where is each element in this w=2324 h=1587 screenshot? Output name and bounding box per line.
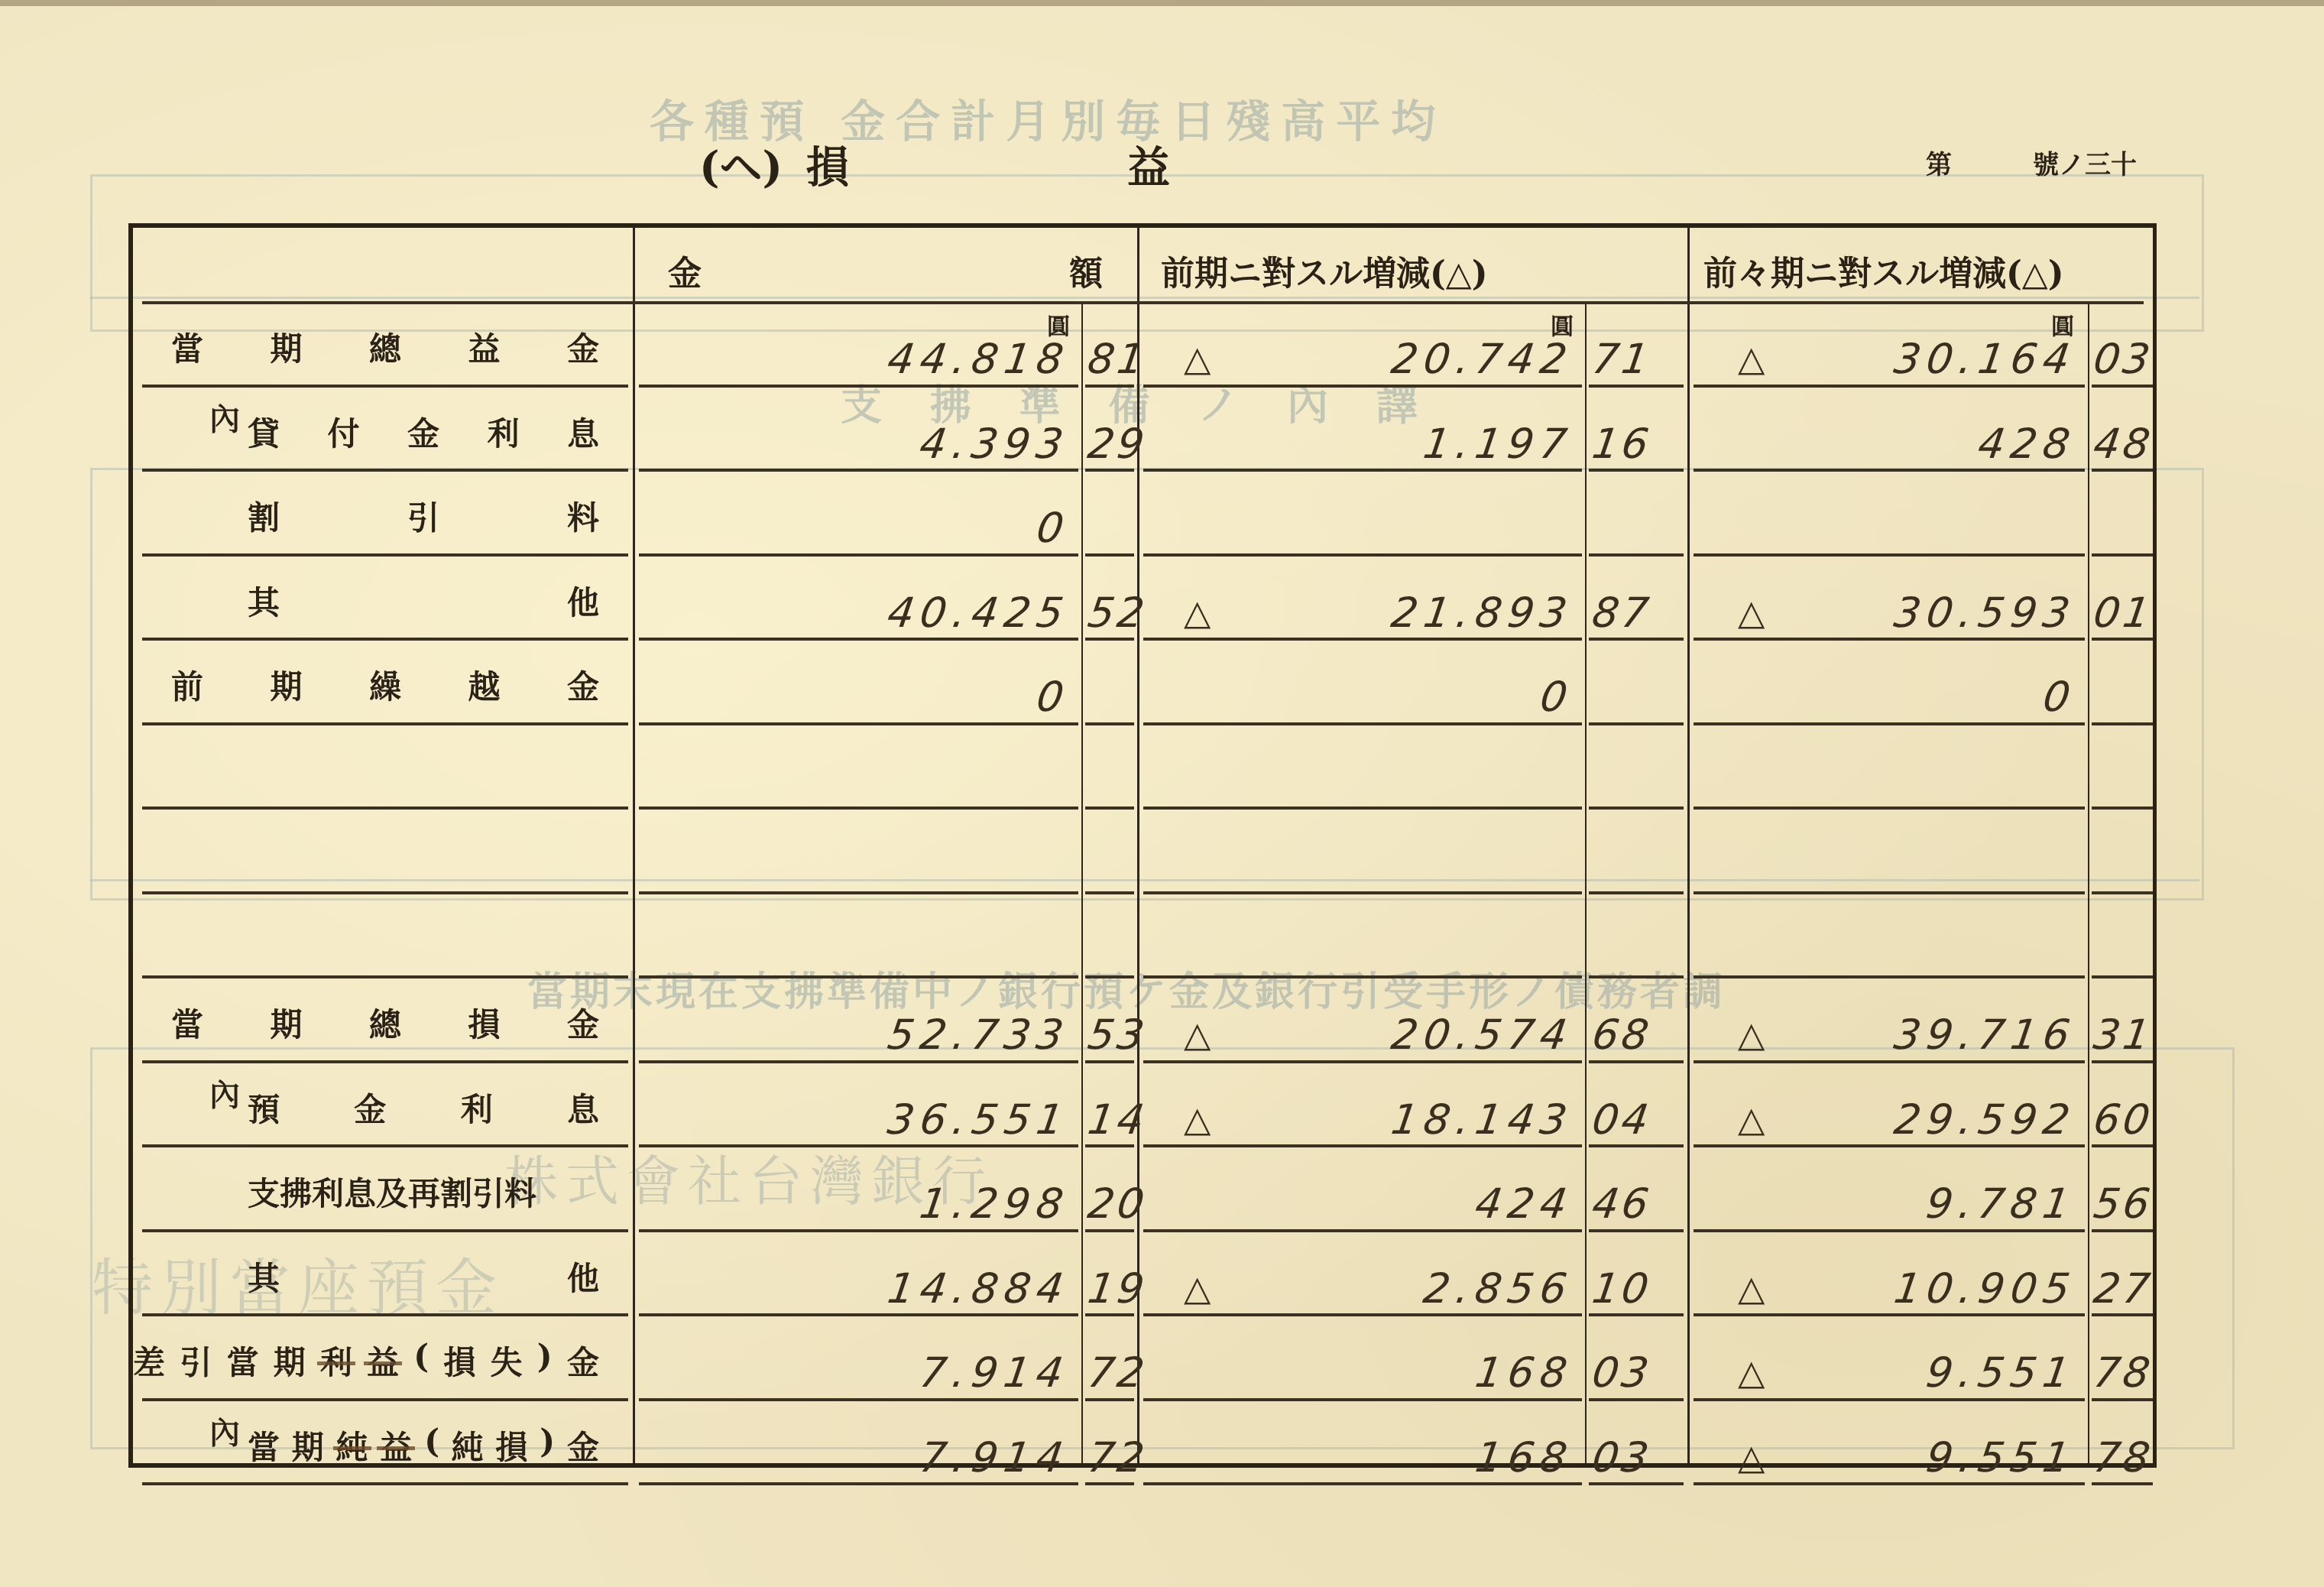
row-rule-prevprev [1694, 1398, 2085, 1401]
row-label-char: 期 [270, 1000, 302, 1046]
row-label: 前期繰越金 [171, 662, 599, 708]
amount-sen: 81 [1085, 335, 1151, 383]
vs-previous-sen: 71 [1590, 335, 1655, 383]
row-label-char: 其 [248, 1254, 280, 1300]
vs-previous-sen: 68 [1590, 1011, 1655, 1059]
amount-yen: 44.818 [885, 335, 1073, 383]
row-rule-label [142, 1060, 628, 1063]
row-label-char: 支拂利息及再割引料 [248, 1169, 536, 1215]
row-label-char: 繰 [369, 662, 401, 708]
row-label: 預金利息 [248, 1085, 599, 1131]
row-rule-label [142, 1229, 628, 1232]
row-rule-prev-sen [1589, 469, 1684, 472]
amount-sen: 53 [1085, 1011, 1151, 1059]
title-loss: 損 [806, 134, 849, 195]
negative-marker: △ [1184, 1099, 1211, 1140]
row-rule-prevprev-sen [2092, 1482, 2153, 1485]
row-rule-prevprev-sen [2092, 553, 2153, 557]
row-rule-prev-sen [1589, 1229, 1684, 1232]
negative-marker: △ [1738, 1099, 1765, 1140]
vs-prev-previous-sen: 56 [2091, 1180, 2157, 1228]
negative-marker: △ [1184, 338, 1211, 379]
row-label: 當期總損金 [171, 1000, 599, 1046]
row-rule-amount-sen [1085, 1398, 1134, 1401]
row-label-char: 當 [226, 1338, 258, 1384]
row-rule-label [142, 1313, 628, 1316]
row-rule-prev [1143, 806, 1582, 810]
form-number: 號ノ三十 [2033, 144, 2137, 181]
row-label: 其他 [248, 1254, 599, 1300]
row-rule-prevprev [1694, 1313, 2085, 1316]
row-rule-label [142, 385, 628, 388]
row-label: 割引料 [248, 493, 599, 539]
row-rule-amount-sen [1085, 1229, 1134, 1232]
row-label-char: 當 [248, 1423, 280, 1469]
vs-previous-yen: 20.574 [1389, 1011, 1577, 1059]
row-rule-label [142, 553, 628, 557]
row-label-char: 金 [567, 1000, 599, 1046]
row-rule-label [142, 722, 628, 725]
row-label-char: 引 [180, 1338, 212, 1384]
row-rule-label [142, 1482, 628, 1485]
row-rule-prev-sen [1589, 553, 1684, 557]
row-rule-prev [1143, 638, 1582, 641]
vs-previous-sen: 87 [1590, 589, 1655, 637]
row-label-char: 他 [567, 578, 599, 624]
vs-prev-previous-sen: 48 [2091, 420, 2157, 468]
row-rule-amount-sen [1085, 1144, 1134, 1147]
row-rule-prev [1143, 1144, 1582, 1147]
row-label-char: 息 [567, 409, 599, 455]
vs-previous-sen: 16 [1590, 420, 1655, 468]
vs-previous-sen: 03 [1590, 1348, 1655, 1397]
row-rule-prevprev-sen [2092, 638, 2153, 641]
page-top-edge [0, 0, 2324, 6]
amount-yen: 36.551 [885, 1095, 1073, 1144]
row-rule-prevprev [1694, 553, 2085, 557]
row-rule-amount [639, 1229, 1078, 1232]
header-amount-right: 額 [1069, 246, 1103, 295]
row-label: 當期純益(純損)金 [248, 1423, 599, 1469]
amount-yen: 14.884 [885, 1264, 1073, 1313]
amount-yen: 40.425 [885, 589, 1073, 637]
vs-prev-previous-sen: 60 [2091, 1095, 2157, 1144]
row-label-char: 利 [487, 409, 519, 455]
row-rule-prev [1143, 891, 1582, 894]
row-label-char: ) [540, 1423, 555, 1469]
amount-sen: 19 [1085, 1264, 1151, 1313]
row-label-char: 損 [468, 1000, 500, 1046]
row-rule-prev-sen [1589, 1144, 1684, 1147]
vs-prev-previous-yen: 428 [1975, 420, 2079, 468]
row-label-char: 利 [320, 1338, 352, 1384]
row-label-char: 他 [567, 1254, 599, 1300]
row-rule-amount [639, 1144, 1078, 1147]
row-rule-prev-sen [1589, 806, 1684, 810]
vs-previous-yen: 2.856 [1421, 1264, 1576, 1313]
row-prefix-uchi: 內 [209, 1071, 240, 1115]
vs-prev-previous-yen: 9.781 [1924, 1180, 2079, 1228]
row-rule-prev [1143, 1313, 1582, 1316]
row-rule-label [142, 638, 628, 641]
row-label-char: 金 [567, 324, 599, 370]
vs-prev-previous-sen: 78 [2091, 1433, 2157, 1482]
row-rule-prevprev [1694, 469, 2085, 472]
row-label-char: 益 [380, 1423, 412, 1469]
row-rule-prev-sen [1589, 1482, 1684, 1485]
vs-prev-previous-yen: 0 [2040, 673, 2079, 721]
row-label-char: 總 [369, 1000, 401, 1046]
row-rule-label [142, 469, 628, 472]
row-rule-prevprev [1694, 1482, 2085, 1485]
row-label-char: 其 [248, 578, 280, 624]
title-profit: 益 [1127, 134, 1170, 195]
vs-prev-previous-sen: 27 [2091, 1264, 2157, 1313]
row-rule-amount [639, 385, 1078, 388]
negative-marker: △ [1184, 1267, 1211, 1309]
row-label-char: 純 [336, 1423, 368, 1469]
row-label-char: 金 [407, 409, 439, 455]
amount-yen: 7.914 [917, 1348, 1072, 1397]
row-rule-prev [1143, 385, 1582, 388]
amount-sen: 72 [1085, 1433, 1151, 1482]
header-vs-prev-previous: 前々期ニ對スル増減(△) [1703, 246, 2063, 295]
row-prefix-uchi: 內 [209, 395, 240, 439]
divider-amount-sen [1081, 304, 1083, 1463]
row-label-char: 期 [270, 662, 302, 708]
row-rule-amount [639, 638, 1078, 641]
divider-label-amount [633, 228, 635, 1463]
row-rule-label [142, 891, 628, 894]
row-rule-prevprev-sen [2092, 1144, 2153, 1147]
vs-prev-previous-yen: 10.905 [1891, 1264, 2079, 1313]
row-rule-prevprev [1694, 891, 2085, 894]
row-rule-prevprev [1694, 975, 2085, 978]
vs-previous-yen: 424 [1472, 1180, 1576, 1228]
vs-prev-previous-yen: 30.593 [1891, 589, 2079, 637]
header-vs-previous: 前期ニ對スル増減(△) [1161, 246, 1487, 295]
row-rule-prevprev-sen [2092, 975, 2153, 978]
row-label-char: 失 [491, 1338, 523, 1384]
row-rule-amount [639, 553, 1078, 557]
row-rule-prev-sen [1589, 891, 1684, 894]
row-rule-prevprev-sen [2092, 1398, 2153, 1401]
row-rule-amount-sen [1085, 638, 1134, 641]
row-rule-amount [639, 469, 1078, 472]
negative-marker: △ [1738, 1436, 1765, 1478]
row-rule-prev [1143, 1482, 1582, 1485]
vs-prev-previous-sen: 01 [2091, 589, 2157, 637]
row-label-char: 損 [443, 1338, 475, 1384]
row-rule-amount [639, 1398, 1078, 1401]
row-rule-prevprev [1694, 722, 2085, 725]
row-label-char: 期 [270, 324, 302, 370]
row-rule-amount [639, 891, 1078, 894]
vs-previous-sen: 46 [1590, 1180, 1655, 1228]
amount-sen: 29 [1085, 420, 1151, 468]
row-rule-amount-sen [1085, 1060, 1134, 1063]
form-number-prefix: 第 [1926, 144, 1952, 181]
row-label-char: 益 [367, 1338, 399, 1384]
row-rule-label [142, 1144, 628, 1147]
row-rule-prevprev-sen [2092, 891, 2153, 894]
row-label: 支拂利息及再割引料 [248, 1169, 599, 1215]
row-rule-prev-sen [1589, 975, 1684, 978]
vs-previous-sen: 03 [1590, 1433, 1655, 1482]
row-label-char: 金 [567, 662, 599, 708]
vs-prev-previous-sen: 03 [2091, 335, 2157, 383]
row-label-char: 益 [468, 324, 500, 370]
vs-previous-yen: 21.893 [1389, 589, 1577, 637]
vs-prev-previous-yen: 30.164 [1891, 335, 2079, 383]
row-rule-prevprev-sen [2092, 722, 2153, 725]
row-label-char: 當 [171, 1000, 203, 1046]
negative-marker: △ [1738, 592, 1765, 633]
vs-previous-yen: 168 [1472, 1433, 1576, 1482]
row-rule-amount-sen [1085, 722, 1134, 725]
row-prefix-uchi: 內 [209, 1409, 240, 1452]
row-label: 當期總益金 [171, 324, 599, 370]
row-rule-prevprev-sen [2092, 1229, 2153, 1232]
row-rule-prev [1143, 553, 1582, 557]
row-rule-amount-sen [1085, 975, 1134, 978]
divider-prevprev-sen [2088, 304, 2089, 1463]
row-rule-prevprev-sen [2092, 1060, 2153, 1063]
row-rule-amount-sen [1085, 891, 1134, 894]
row-label-char: 貸 [248, 409, 280, 455]
row-label: 差引當期利益(損失)金 [133, 1338, 599, 1384]
header-rule [142, 301, 2144, 304]
divider-prev-prevprev [1687, 228, 1690, 1463]
row-label-char: 料 [567, 493, 599, 539]
row-rule-amount-sen [1085, 806, 1134, 810]
negative-marker: △ [1738, 1014, 1765, 1055]
row-rule-amount [639, 975, 1078, 978]
row-label-char: 損 [496, 1423, 528, 1469]
row-label-char: 期 [292, 1423, 324, 1469]
row-rule-prev-sen [1589, 1313, 1684, 1316]
divider-prev-sen [1585, 304, 1587, 1463]
row-rule-amount [639, 1060, 1078, 1063]
vs-previous-yen: 1.197 [1421, 420, 1576, 468]
vs-prev-previous-sen: 78 [2091, 1348, 2157, 1397]
row-label: 貸付金利息 [248, 409, 599, 455]
row-label: 其他 [248, 578, 599, 624]
row-rule-amount-sen [1085, 469, 1134, 472]
profit-loss-table: 金 額 前期ニ對スル増減(△) 前々期ニ對スル増減(△) 圓 圓 圓 當期總益金… [128, 223, 2157, 1468]
amount-yen: 1.298 [917, 1180, 1072, 1228]
row-label-char: 割 [248, 493, 280, 539]
row-rule-amount-sen [1085, 1313, 1134, 1316]
row-rule-amount [639, 722, 1078, 725]
row-rule-prev [1143, 975, 1582, 978]
amount-sen: 20 [1085, 1180, 1151, 1228]
negative-marker: △ [1184, 592, 1211, 633]
row-rule-prevprev-sen [2092, 806, 2153, 810]
vs-previous-yen: 168 [1472, 1348, 1576, 1397]
amount-sen: 72 [1085, 1348, 1151, 1397]
row-rule-prev [1143, 1398, 1582, 1401]
amount-yen: 7.914 [917, 1433, 1072, 1482]
negative-marker: △ [1738, 338, 1765, 379]
amount-yen: 4.393 [917, 420, 1072, 468]
row-rule-prev-sen [1589, 1398, 1684, 1401]
row-label-char: ) [537, 1338, 553, 1384]
row-label-char: 期 [274, 1338, 306, 1384]
row-label-char: 前 [171, 662, 203, 708]
row-label-char: 引 [407, 493, 439, 539]
row-rule-amount-sen [1085, 1482, 1134, 1485]
row-label-char: 息 [567, 1085, 599, 1131]
row-rule-amount [639, 1313, 1078, 1316]
row-rule-prev [1143, 1060, 1582, 1063]
row-rule-prevprev [1694, 1060, 2085, 1063]
row-rule-amount [639, 1482, 1078, 1485]
row-rule-prevprev [1694, 806, 2085, 810]
row-rule-amount-sen [1085, 553, 1134, 557]
negative-marker: △ [1184, 1014, 1211, 1055]
amount-yen: 0 [1033, 504, 1072, 552]
row-label-char: 付 [327, 409, 359, 455]
negative-marker: △ [1738, 1352, 1765, 1393]
negative-marker: △ [1738, 1267, 1765, 1309]
row-rule-prevprev [1694, 638, 2085, 641]
row-rule-prev-sen [1589, 385, 1684, 388]
vs-previous-yen: 20.742 [1389, 335, 1577, 383]
row-rule-prevprev [1694, 1229, 2085, 1232]
row-label-char: 越 [468, 662, 500, 708]
row-rule-label [142, 806, 628, 810]
row-rule-prev-sen [1589, 722, 1684, 725]
row-rule-prev [1143, 722, 1582, 725]
section-label: (ヘ) [699, 134, 783, 195]
row-rule-label [142, 1398, 628, 1401]
row-rule-prev-sen [1589, 638, 1684, 641]
row-rule-prev [1143, 1229, 1582, 1232]
vs-prev-previous-yen: 9.551 [1924, 1433, 2079, 1482]
header-amount-left: 金 [668, 246, 702, 295]
row-label-char: 利 [461, 1085, 493, 1131]
amount-sen: 52 [1085, 589, 1151, 637]
row-label-char: 當 [171, 324, 203, 370]
amount-yen: 52.733 [885, 1011, 1073, 1059]
row-rule-prevprev [1694, 1144, 2085, 1147]
row-rule-prevprev-sen [2092, 469, 2153, 472]
row-rule-prevprev-sen [2092, 1313, 2153, 1316]
vs-previous-sen: 04 [1590, 1095, 1655, 1144]
amount-yen: 0 [1033, 673, 1072, 721]
vs-prev-previous-yen: 39.716 [1891, 1011, 2079, 1059]
row-rule-amount [639, 806, 1078, 810]
row-label-char: ( [424, 1423, 439, 1469]
row-label-char: 總 [369, 324, 401, 370]
row-rule-prev-sen [1589, 1060, 1684, 1063]
vs-prev-previous-yen: 29.592 [1891, 1095, 2079, 1144]
row-rule-prevprev [1694, 385, 2085, 388]
row-rule-label [142, 975, 628, 978]
row-label-char: 金 [354, 1085, 386, 1131]
row-rule-prev [1143, 469, 1582, 472]
row-label-char: 金 [567, 1338, 599, 1384]
vs-prev-previous-yen: 9.551 [1924, 1348, 2079, 1397]
row-label-char: ( [413, 1338, 429, 1384]
row-label-char: 金 [567, 1423, 599, 1469]
row-label-char: 純 [452, 1423, 484, 1469]
vs-prev-previous-sen: 31 [2091, 1011, 2157, 1059]
row-rule-amount-sen [1085, 385, 1134, 388]
amount-sen: 14 [1085, 1095, 1151, 1144]
vs-previous-sen: 10 [1590, 1264, 1655, 1313]
row-label-char: 差 [133, 1338, 165, 1384]
row-rule-prevprev-sen [2092, 385, 2153, 388]
row-label-char: 預 [248, 1085, 280, 1131]
vs-previous-yen: 0 [1537, 673, 1576, 721]
vs-previous-yen: 18.143 [1389, 1095, 1577, 1144]
